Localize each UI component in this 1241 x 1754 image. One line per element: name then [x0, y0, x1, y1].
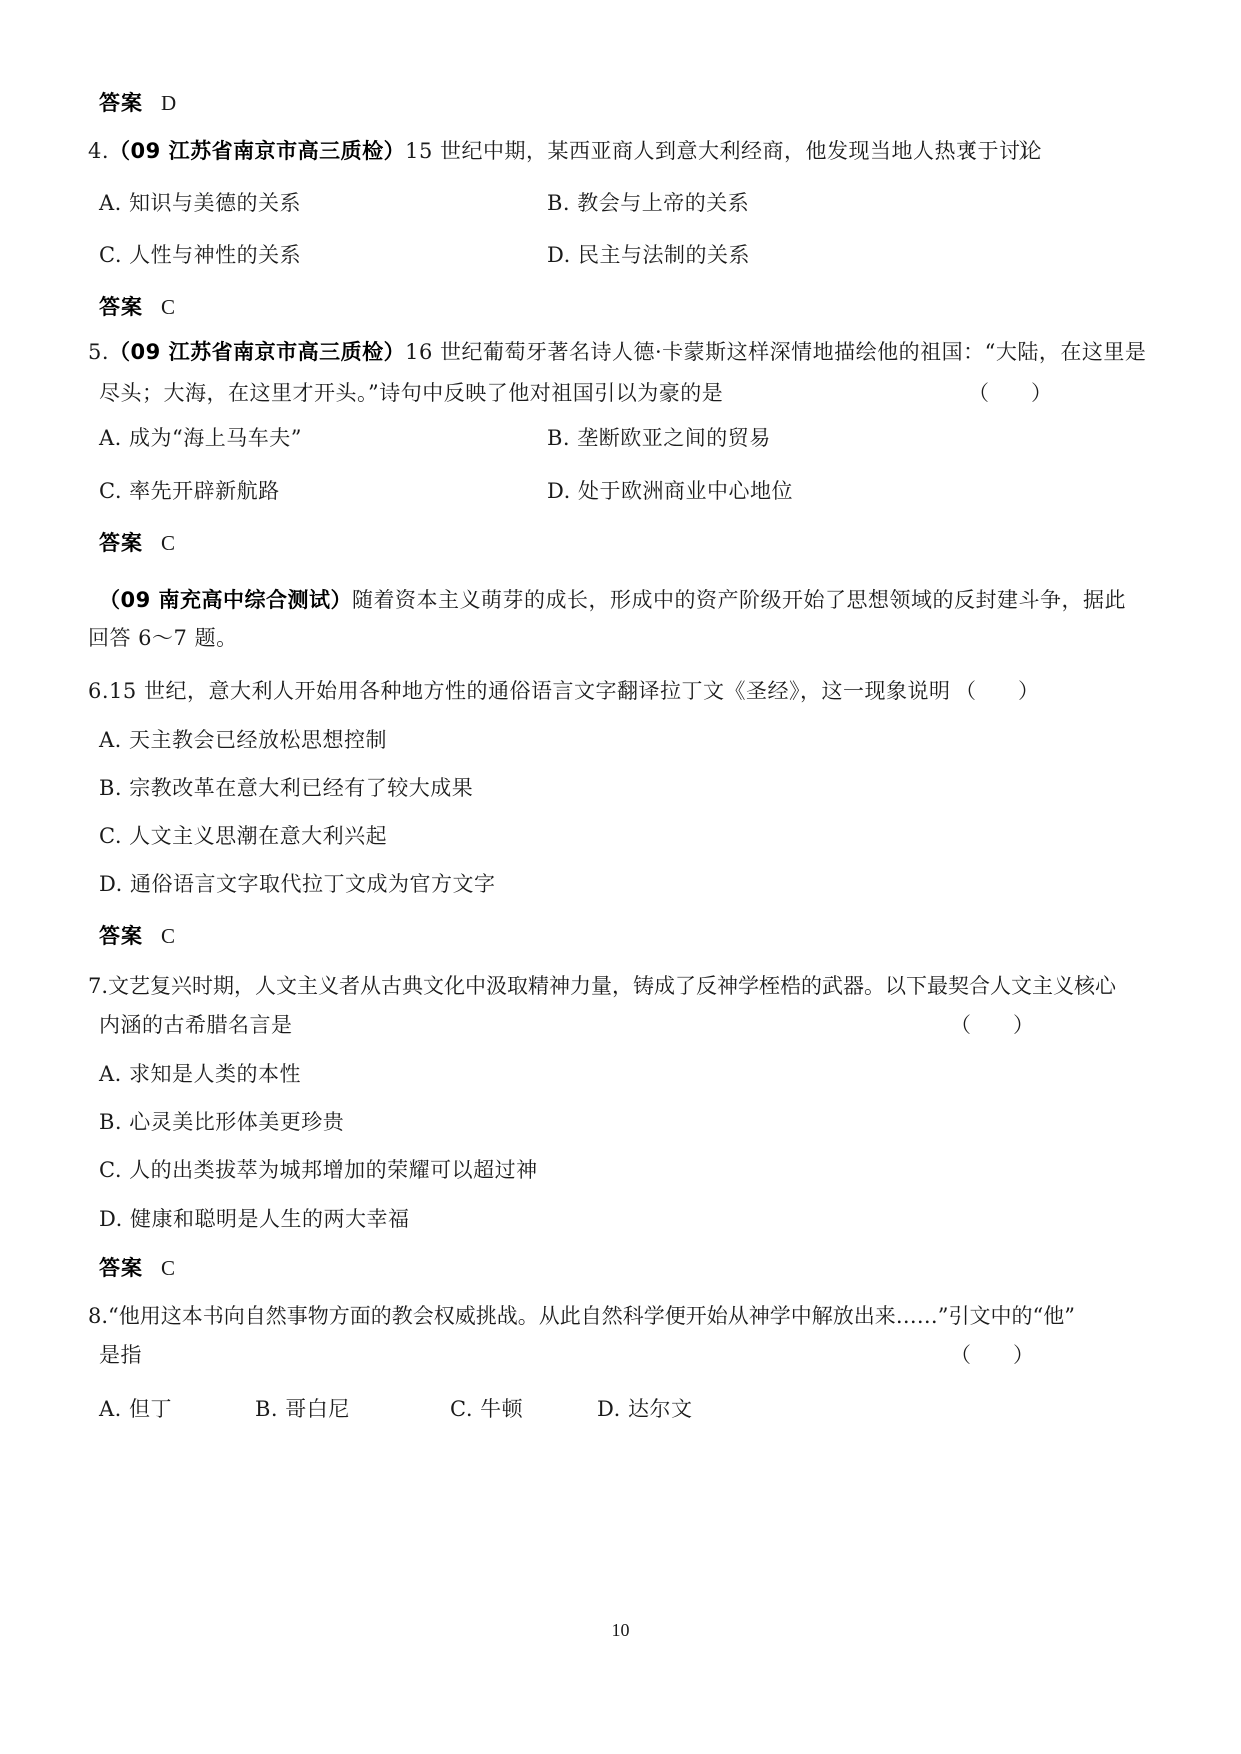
answer-blank: （ ）: [950, 1342, 1034, 1368]
question-8-stem-line2: 是指: [99, 1342, 142, 1368]
option-a: A. 求知是人类的本性: [99, 1061, 301, 1087]
answer-label: 答案: [99, 924, 143, 948]
option-a: A. 成为“海上马车夫”: [99, 425, 302, 451]
question-text: 文艺复兴时期，人文主义者从古典文化中汲取精神力量，铸成了反神学桎梏的武器。以下最…: [108, 974, 1116, 998]
option-d: D. 处于欧洲商业中心地位: [547, 478, 793, 504]
option-a: A. 天主教会已经放松思想控制: [99, 727, 387, 753]
question-number: 5.: [88, 340, 109, 364]
option-c: C. 人的出类拔萃为城邦增加的荣耀可以超过神: [99, 1157, 538, 1183]
option-c: C. 人性与神性的关系: [99, 242, 301, 268]
question-number: 8.: [88, 1304, 108, 1328]
option-b: B. 宗教改革在意大利已经有了较大成果: [99, 775, 473, 801]
option-c: C. 率先开辟新航路: [99, 478, 280, 504]
option-a: A. 知识与美德的关系: [99, 190, 301, 216]
question-number: 6.: [88, 679, 109, 703]
answer-blank: （ ）: [950, 1012, 1034, 1038]
question-source: （09 江苏省南京市高三质检）: [109, 139, 405, 163]
option-c: C. 人文主义思潮在意大利兴起: [99, 823, 387, 849]
answer-row-q6: 答案C: [99, 923, 176, 949]
group-source: （09 南充高中综合测试）: [99, 588, 352, 612]
answer-value: C: [161, 924, 176, 948]
question-6-stem: 6.15 世纪，意大利人开始用各种地方性的通俗语言文字翻译拉丁文《圣经》，这一现…: [88, 678, 950, 704]
option-b: B. 垄断欧亚之间的贸易: [547, 425, 771, 451]
answer-value: C: [161, 295, 176, 319]
option-d: D. 健康和聪明是人生的两大幸福: [99, 1206, 409, 1232]
option-b: B. 哥白尼: [255, 1396, 350, 1422]
option-d: D. 民主与法制的关系: [547, 242, 750, 268]
option-a: A. 但丁: [99, 1396, 172, 1422]
question-text: 16 世纪葡萄牙著名诗人德·卡蒙斯这样深情地描绘他的祖国：“大陆，在这里是: [405, 340, 1146, 364]
answer-row-q4: 答案C: [99, 294, 176, 320]
group-intro-line2: 回答 6～7 题。: [88, 625, 238, 651]
option-d: D. 通俗语言文字取代拉丁文成为官方文字: [99, 871, 495, 897]
answer-blank: （ ）: [955, 138, 1039, 164]
answer-row-q7: 答案C: [99, 1255, 176, 1281]
answer-label: 答案: [99, 295, 143, 319]
question-7-stem-line2: 内涵的古希腊名言是: [99, 1012, 293, 1038]
question-text: 15 世纪中期，某西亚商人到意大利经商，他发现当地人热衷于讨论: [405, 139, 1042, 163]
question-5-stem-line1: 5.（09 江苏省南京市高三质检）16 世纪葡萄牙著名诗人德·卡蒙斯这样深情地描…: [88, 339, 1146, 365]
page-number: 10: [0, 1620, 1241, 1641]
question-5-stem-line2: 尽头；大海，在这里才开头。”诗句中反映了他对祖国引以为豪的是: [99, 380, 723, 406]
answer-label: 答案: [99, 531, 143, 555]
question-8-stem-line1: 8.“他用这本书向自然事物方面的教会权威挑战。从此自然科学便开始从神学中解放出来…: [88, 1303, 1075, 1329]
option-b: B. 心灵美比形体美更珍贵: [99, 1109, 344, 1135]
question-number: 4.: [88, 139, 109, 163]
option-b: B. 教会与上帝的关系: [547, 190, 749, 216]
answer-row-q3: 答案D: [99, 90, 177, 116]
answer-value: C: [161, 1256, 176, 1280]
answer-label: 答案: [99, 91, 143, 115]
question-text: “他用这本书向自然事物方面的教会权威挑战。从此自然科学便开始从神学中解放出来………: [108, 1304, 1075, 1328]
question-number: 7.: [88, 974, 108, 998]
question-4-stem: 4.（09 江苏省南京市高三质检）15 世纪中期，某西亚商人到意大利经商，他发现…: [88, 138, 1042, 164]
question-7-stem-line1: 7.文艺复兴时期，人文主义者从古典文化中汲取精神力量，铸成了反神学桎梏的武器。以…: [88, 973, 1116, 999]
answer-blank: （ ）: [968, 380, 1052, 406]
answer-row-q5: 答案C: [99, 530, 176, 556]
answer-value: D: [161, 91, 177, 115]
answer-value: C: [161, 531, 176, 555]
answer-label: 答案: [99, 1256, 143, 1280]
group-text: 随着资本主义萌芽的成长，形成中的资产阶级开始了思想领域的反封建斗争，据此: [352, 588, 1126, 612]
question-source: （09 江苏省南京市高三质检）: [109, 340, 405, 364]
answer-blank: （ ）: [955, 678, 1039, 704]
group-intro-line1: （09 南充高中综合测试）随着资本主义萌芽的成长，形成中的资产阶级开始了思想领域…: [99, 587, 1126, 613]
option-d: D. 达尔文: [597, 1396, 692, 1422]
question-text: 15 世纪，意大利人开始用各种地方性的通俗语言文字翻译拉丁文《圣经》，这一现象说…: [109, 679, 950, 703]
option-c: C. 牛顿: [450, 1396, 523, 1422]
